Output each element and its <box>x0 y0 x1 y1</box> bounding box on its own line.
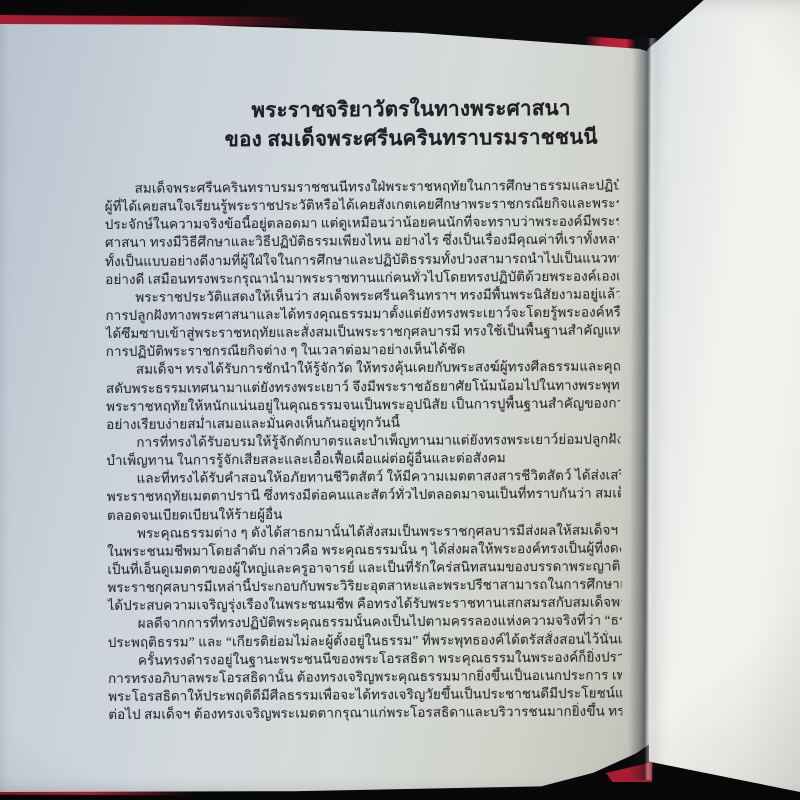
paragraph: สมเด็จฯ ทรงได้รับการชักนำให้รู้จักวัด ให… <box>106 358 620 434</box>
paragraph: ผลดีจากการที่ทรงปฏิบัติพระคุณธรรมนั้นคงเ… <box>108 612 622 652</box>
paragraph: และที่ทรงได้รับคำสอนให้อภัยทานชีวิตสัตว์… <box>107 467 621 525</box>
paragraph: พระราชประวัติแสดงให้เห็นว่า สมเด็จพระศรี… <box>105 285 619 361</box>
paragraph: พระคุณธรรมต่าง ๆ ดังได้สาธกมานั้นได้สั่ง… <box>107 521 622 615</box>
body-text: สมเด็จพระศรีนครินทราบรมราชชนนีทรงใฝ่พระร… <box>105 176 623 724</box>
text-line: พระราชหฤทัยเมตตาปรานี ซึ่งทรงมีต่อคนและส… <box>107 485 621 507</box>
paragraph: ครั้นทรงดำรงอยู่ในฐานะพระชนนีของพระโอรสธ… <box>108 648 622 724</box>
paragraph: สมเด็จพระศรีนครินทราบรมราชชนนีทรงใฝ่พระร… <box>105 176 620 288</box>
text-line: ต่อไป สมเด็จฯ ต้องทรงเจริญพระเมตตากรุณาแ… <box>108 702 622 724</box>
text-line: การที่ทรงได้รับอบรมให้รู้จักตักบาตรและบำ… <box>106 430 620 452</box>
page-title-line-2: ของ สมเด็จพระศรีนครินทราบรมราชชนนี <box>154 123 668 156</box>
book-photo: พระราชจริยาวัตรในทางพระศาสนา ของ สมเด็จพ… <box>0 0 800 800</box>
text-line: พระราชหฤทัยให้หนักแน่นอยู่ในคุณธรรมจนเป็… <box>106 394 620 416</box>
page-title: พระราชจริยาวัตรในทางพระศาสนา ของ สมเด็จพ… <box>154 94 668 156</box>
page-title-line-1: พระราชจริยาวัตรในทางพระศาสนา <box>154 94 668 127</box>
printed-text-area: พระราชจริยาวัตรในทางพระศาสนา ของ สมเด็จพ… <box>104 94 622 724</box>
paragraph: การที่ทรงได้รับอบรมให้รู้จักตักบาตรและบำ… <box>106 430 620 470</box>
